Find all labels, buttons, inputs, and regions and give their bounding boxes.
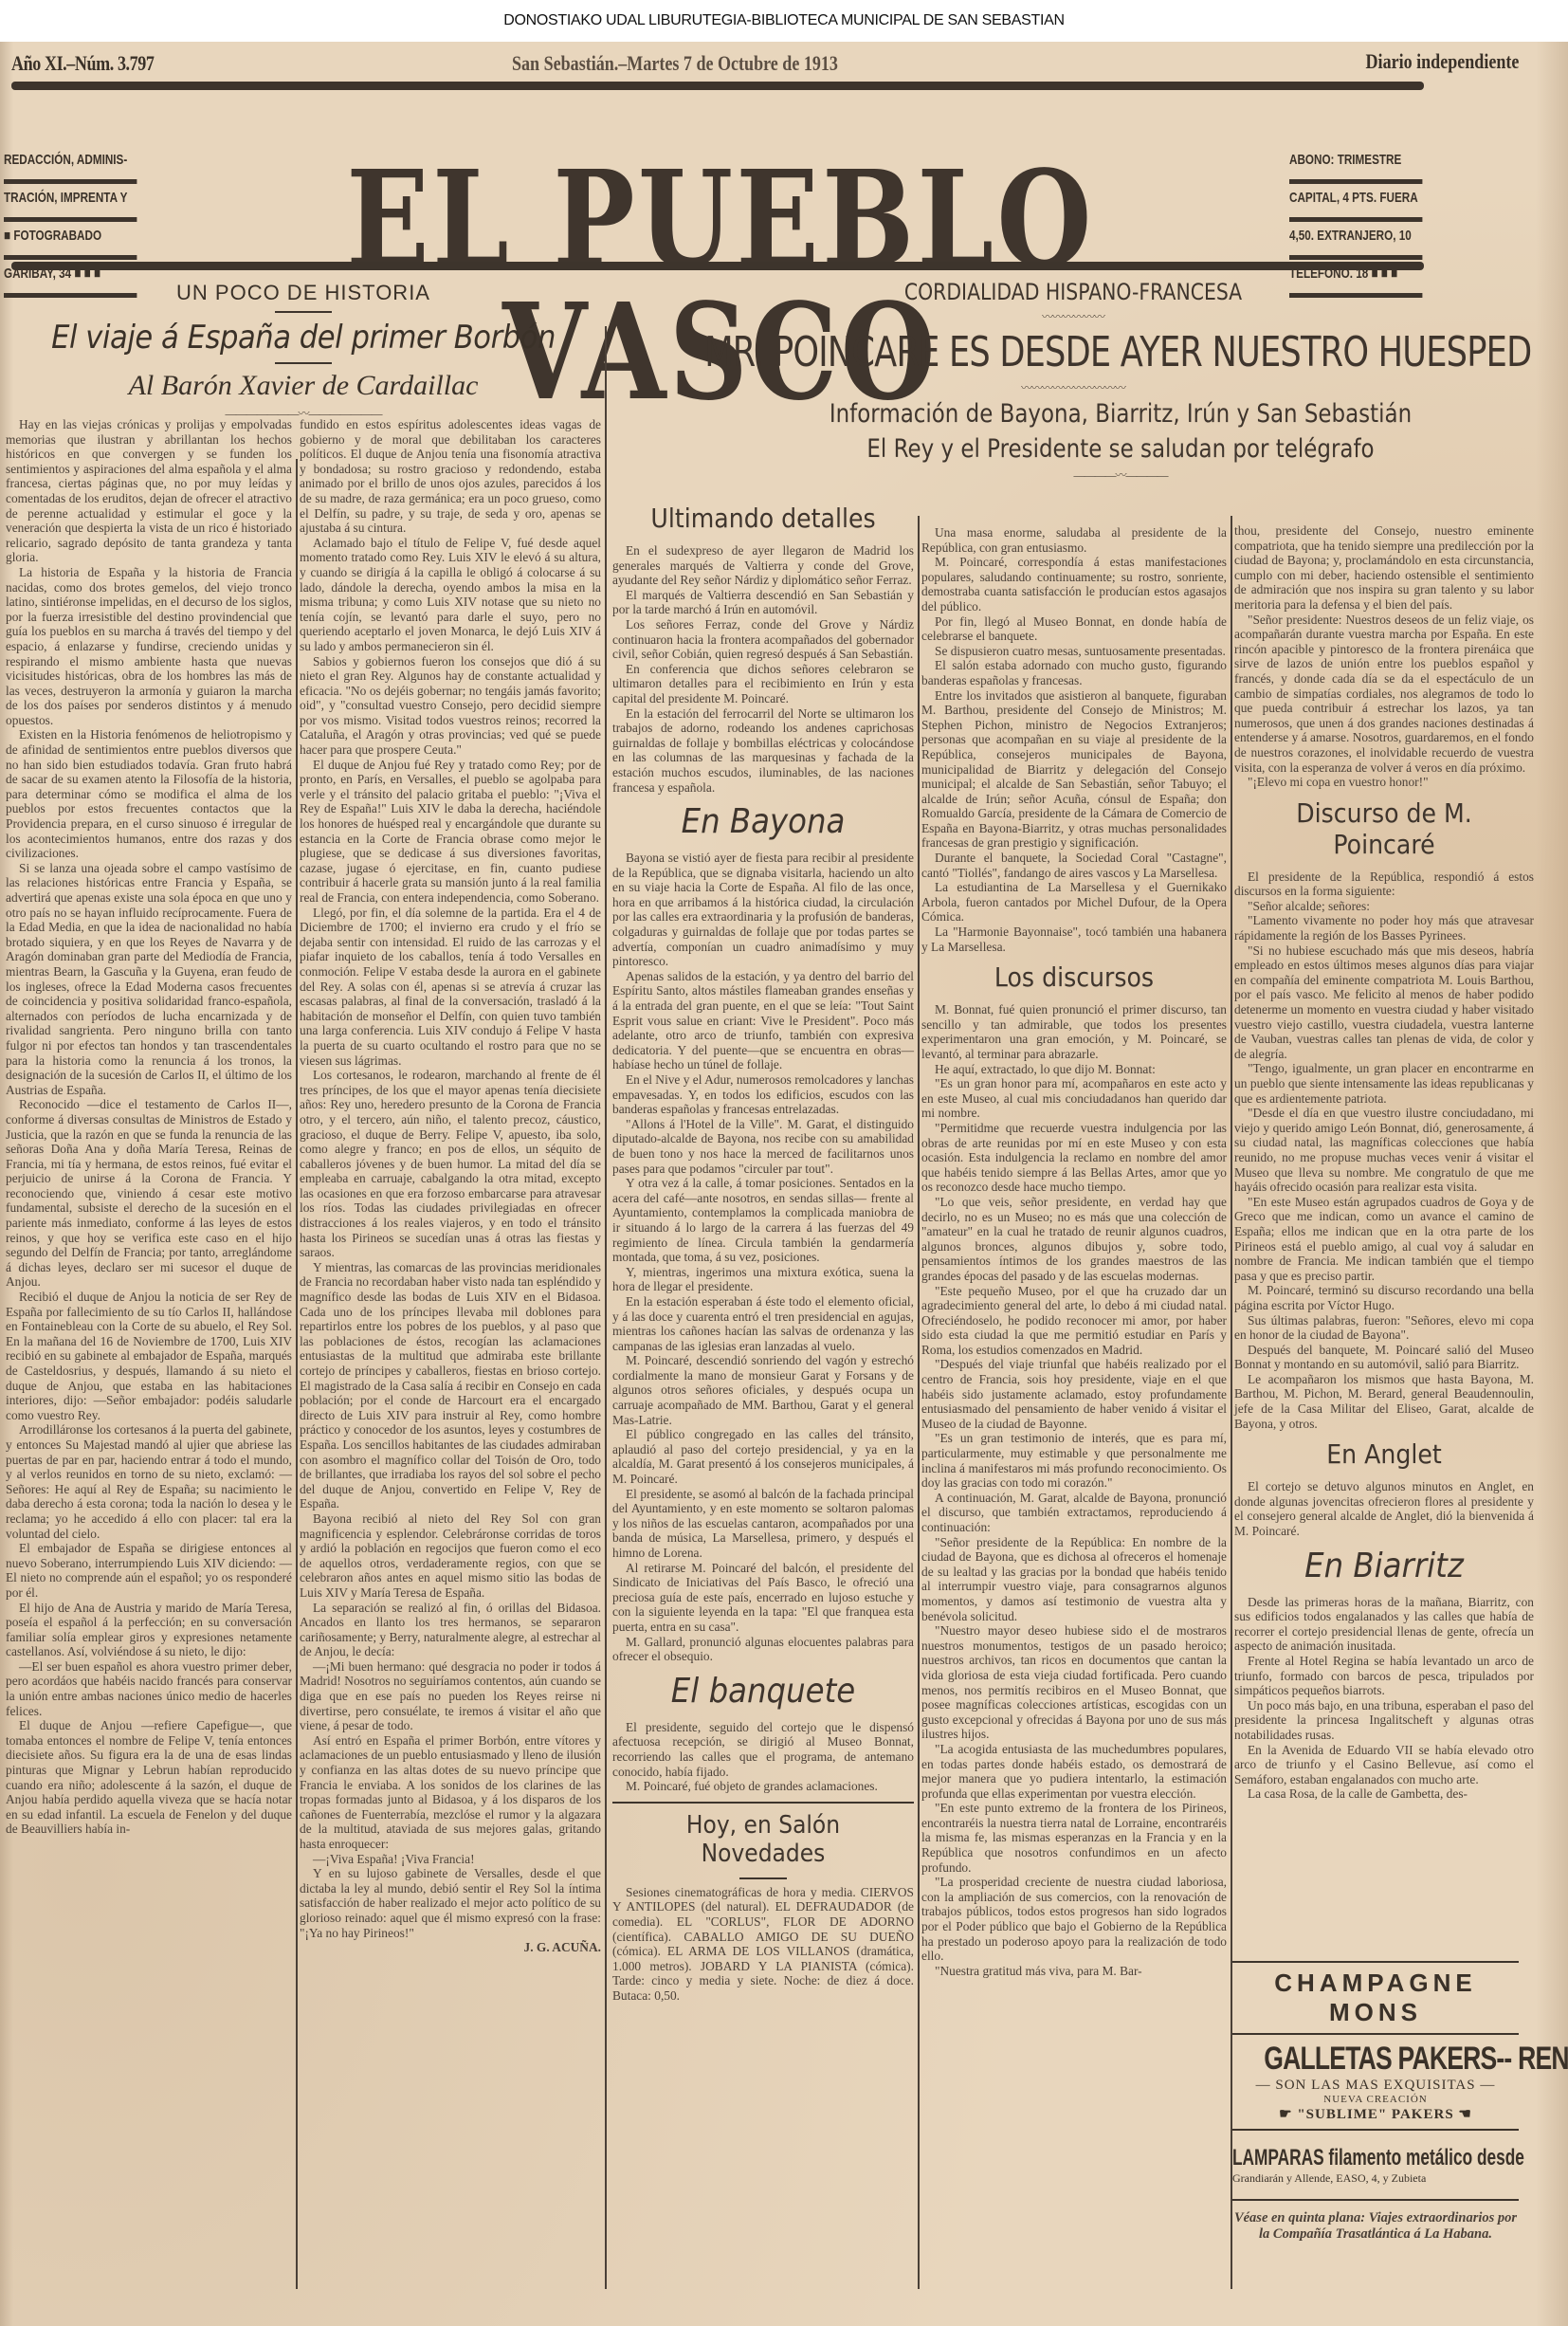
right-ear: ABONO: TRIMESTRE CAPITAL, 4 PTS. FUERA 4… — [1289, 146, 1431, 298]
issue-number: Año XI.–Núm. 3.797 — [11, 51, 154, 76]
paragraph: "Señor alcalde; señores: — [1234, 899, 1534, 914]
poincare-subhead-2: El Rey y el Presidente se saludan por te… — [769, 434, 1471, 464]
paragraph: El duque de Anjou —refiere Capefigue—, q… — [6, 1718, 292, 1837]
ear-line: ABONO: TRIMESTRE — [1289, 146, 1422, 184]
paragraph: Los cortesanos, le rodearon, marchando a… — [300, 1068, 601, 1260]
paragraph: En la estación esperaban á éste todo el … — [612, 1294, 914, 1353]
section-title-discurso-poincare: Discurso de M. Poincaré — [1249, 797, 1519, 860]
column-rule — [296, 459, 298, 2289]
paragraph: M. Bonnat, fué quien pronunció el primer… — [921, 1002, 1227, 1061]
paragraph: Por fin, llegó al Museo Bonnat, en donde… — [921, 614, 1227, 644]
paragraph: El presidente, seguido del cortejo que l… — [612, 1720, 914, 1779]
paragraph: Frente al Hotel Regina se había levantad… — [1234, 1654, 1534, 1698]
paragraph: En la estación del ferrocarril del Norte… — [612, 706, 914, 796]
paragraph: Durante el banquete, la Sociedad Coral "… — [921, 851, 1227, 880]
paragraph: Una masa enorme, saludaba al presidente … — [921, 525, 1227, 555]
divider — [275, 362, 332, 364]
paragraph: M. Poincaré, terminó su discurso recorda… — [1234, 1283, 1534, 1312]
masthead: REDACCIÓN, ADMINIS- TRACIÓN, IMPRENTA Y … — [0, 137, 1568, 302]
paragraph: M. Poincaré, descendió sonriendo del vag… — [612, 1353, 914, 1427]
section-rule — [612, 1802, 914, 1804]
paragraph: A continuación, M. Garat, alcalde de Bay… — [921, 1491, 1227, 1535]
paragraph: "Después del viaje triunfal que habéis r… — [921, 1357, 1227, 1431]
paragraph: "Allons á l'Hotel de la Ville". M. Garat… — [612, 1117, 914, 1176]
poincare-article-header: CORDIALIDAD HISPANO-FRANCESA 〰〰〰〰〰〰 MR. … — [612, 279, 1534, 486]
paragraph: "Señor presidente: Nuestros deseos de un… — [1234, 613, 1534, 776]
paragraph: La estudiantina de La Marsellesa y el Gu… — [921, 880, 1227, 925]
paragraph: fundido en estos espíritus adolescentes … — [300, 417, 601, 536]
paragraph: Se dispusieron cuatro mesas, suntuosamen… — [921, 644, 1227, 659]
paragraph: "Es un gran testimonio de interés, que e… — [921, 1431, 1227, 1490]
masthead-rule-bottom — [11, 262, 1424, 270]
paragraph: Un poco más bajo, en una tribuna, espera… — [1234, 1698, 1534, 1743]
paragraph: Hay en las viejas crónicas y prolijas y … — [6, 417, 292, 565]
paragraph: El cortejo se detuvo algunos minutos en … — [1234, 1479, 1534, 1538]
ear-line: 4,50. EXTRANJERO, 10 — [1289, 222, 1422, 260]
paragraph: "Si no hubiese escuchado más que mis des… — [1234, 943, 1534, 1062]
advertisements: CHAMPAGNE MONS GALLETAS PAKERS-- RENTERI… — [1232, 1961, 1519, 2243]
ad-note-trasatlantica: Véase en quinta plana: Viajes extraordin… — [1232, 2210, 1519, 2243]
ad-nueva-creacion: NUEVA CREACIÓN — [1232, 2094, 1519, 2105]
history-article-header: UN POCO DE HISTORIA El viaje á España de… — [6, 281, 601, 425]
paragraph: "Nuestra gratitud más viva, para M. Bar- — [921, 1964, 1227, 1979]
section-title-anglet: En Anglet — [1249, 1438, 1519, 1470]
salon-novedades-title: Hoy, en Salón Novedades — [628, 1811, 899, 1868]
paragraph: M. Gallard, pronunció algunas elocuentes… — [612, 1635, 914, 1664]
paragraph: En la Avenida de Eduardo VII se había el… — [1234, 1743, 1534, 1787]
ear-line: CAPITAL, 4 PTS. FUERA — [1289, 184, 1422, 222]
paragraph: "Permitidme que recuerde vuestra indulge… — [921, 1121, 1227, 1195]
paragraph: "Este pequeño Museo, por el que ha cruza… — [921, 1284, 1227, 1358]
paragraph: M. Poincaré, fué objeto de grandes aclam… — [612, 1779, 914, 1794]
section-title-discursos: Los discursos — [937, 962, 1212, 993]
ad-champagne-text: CHAMPAGNE MONS — [1232, 1969, 1519, 2027]
paragraph: "Nuestro mayor deseo hubiese sido el de … — [921, 1623, 1227, 1742]
paragraph: La separación se realizó al fin, ó orill… — [300, 1601, 601, 1659]
section-title-ultimando: Ultimando detalles — [628, 503, 899, 534]
paragraph: Y, mientras, ingerimos una mixtura exóti… — [612, 1265, 914, 1294]
paragraph: thou, presidente del Consejo, nuestro em… — [1234, 523, 1534, 613]
paragraph: "Desde el día en que vuestro ilustre con… — [1234, 1106, 1534, 1195]
paragraph: —¡Viva España! ¡Viva Francia! — [300, 1852, 601, 1867]
history-kicker: UN POCO DE HISTORIA — [6, 281, 601, 305]
ear-line: TRACIÓN, IMPRENTA Y — [4, 184, 137, 222]
paragraph: En el sudexpreso de ayer llegaron de Mad… — [612, 543, 914, 588]
ad-lamparas-headline: LAMPARAS filamento metálico desde — [1232, 2145, 1524, 2171]
paragraph: Sus últimas palabras, fueron: "Señores, … — [1234, 1313, 1534, 1343]
divider — [739, 1877, 787, 1879]
section-title-bayona: En Bayona — [628, 802, 899, 841]
paragraph: "En este Museo están agrupados cuadros d… — [1234, 1195, 1534, 1284]
paragraph: En el Nive y el Adur, numerosos remolcad… — [612, 1072, 914, 1117]
paragraph: Y otra vez á la calle, á tomar posicione… — [612, 1176, 914, 1265]
paragraph: Y en su lujoso gabinete de Versalles, de… — [300, 1866, 601, 1940]
paragraph: Aclamado bajo el título de Felipe V, fué… — [300, 536, 601, 654]
paragraph: Le acompañaron los mismos que hasta Bayo… — [1234, 1372, 1534, 1431]
column-rule — [918, 516, 920, 2289]
poincare-headline: MR. POINCARE ES DESDE AYER NUESTRO HUESP… — [704, 328, 1442, 376]
paragraph: Y mientras, las comarcas de las provinci… — [300, 1260, 601, 1511]
paragraph: Desde las primeras horas de la mañana, B… — [1234, 1595, 1534, 1654]
paragraph: El hijo de Ana de Austria y marido de Ma… — [6, 1601, 292, 1659]
ornament-divider: 〰〰〰〰〰〰〰〰〰〰 — [612, 382, 1534, 394]
ad-galletas-sub: — SON LAS MAS EXQUISITAS — — [1232, 2078, 1519, 2094]
left-ear: REDACCIÓN, ADMINIS- TRACIÓN, IMPRENTA Y … — [4, 146, 137, 298]
poincare-column-5: thou, presidente del Consejo, nuestro em… — [1234, 523, 1534, 1802]
newspaper-page: Año XI.–Núm. 3.797 San Sebastián.–Martes… — [0, 42, 1568, 2326]
paragraph: La casa Rosa, de la calle de Gambetta, d… — [1234, 1786, 1534, 1802]
paragraph: Reconocido —dice el testamento de Carlos… — [6, 1097, 292, 1290]
section-title-banquete: El banquete — [628, 1672, 899, 1711]
paragraph: Sabios y gobiernos fueron los consejos q… — [300, 654, 601, 758]
poincare-column-4: Una masa enorme, saludaba al presidente … — [921, 525, 1227, 1978]
paragraph: Existen en la Historia fenómenos de heli… — [6, 727, 292, 860]
paragraph: "Señor presidente de la República: En no… — [921, 1535, 1227, 1624]
dateline: San Sebastián.–Martes 7 de Octubre de 19… — [512, 51, 838, 76]
paragraph: Bayona se vistió ayer de fiesta para rec… — [612, 851, 914, 969]
tagline: Diario independiente — [1365, 49, 1519, 74]
ear-line: REDACCIÓN, ADMINIS- — [4, 146, 137, 184]
section-title-biarritz: En Biarritz — [1249, 1547, 1519, 1585]
history-headline: El viaje á España del primer Borbón — [35, 319, 571, 357]
paragraph: En conferencia que dichos señores celebr… — [612, 662, 914, 706]
paragraph: La historia de España y la historia de F… — [6, 565, 292, 728]
ad-champagne: CHAMPAGNE MONS — [1232, 1961, 1519, 2033]
ad-lamparas: LAMPARAS filamento metálico desde Grandi… — [1232, 2129, 1519, 2201]
dateline-bar: Año XI.–Núm. 3.797 San Sebastián.–Martes… — [0, 47, 1568, 85]
ad-lamparas-row: LAMPARAS filamento metálico desde Grandi… — [1232, 2136, 1519, 2193]
divider — [275, 311, 332, 313]
author-signature: J. G. ACUÑA. — [300, 1940, 601, 1955]
history-dedication: Al Barón Xavier de Cardaillac — [6, 370, 601, 402]
paragraph: "En este punto extremo de la frontera de… — [921, 1801, 1227, 1875]
ad-lamparas-address: Grandiarán y Allende, EASO, 4, y Zubieta — [1232, 2171, 1568, 2186]
paragraph: Así entró en España el primer Borbón, en… — [300, 1733, 601, 1852]
ad-sublime: ☛ "SUBLIME" PAKERS ☚ — [1232, 2105, 1519, 2123]
paragraph: El duque de Anjou fué Rey y tratado como… — [300, 758, 601, 906]
paragraph: "La acogida entusiasta de las muchedumbr… — [921, 1742, 1227, 1801]
paragraph: El público congregado en las calles del … — [612, 1427, 914, 1486]
paragraph: "Lo que veis, señor presidente, en verda… — [921, 1195, 1227, 1284]
column-rule — [605, 326, 607, 2289]
paragraph: Los señores Ferraz, conde del Grove y Ná… — [612, 617, 914, 662]
paragraph: Apenas salidos de la estación, y ya dent… — [612, 969, 914, 1072]
paragraph: Arrodilláronse los cortesanos á la puert… — [6, 1422, 292, 1541]
paragraph: M. Poincaré, correspondía á estas manife… — [921, 555, 1227, 614]
paragraph: Llegó, por fin, el día solemne de la par… — [300, 906, 601, 1069]
paragraph: "Es un gran honor para mí, acompañaros e… — [921, 1076, 1227, 1121]
ad-galletas: GALLETAS PAKERS-- RENTERIA — SON LAS MAS… — [1232, 2033, 1519, 2129]
ornament-divider: 〰〰〰〰〰〰 — [612, 311, 1534, 322]
paragraph: La "Harmonie Bayonnaise", tocó también u… — [921, 925, 1227, 954]
salon-novedades-program: Sesiones cinematográficas de hora y medi… — [612, 1885, 914, 2004]
paragraph: El salón estaba adornado con mucho gusto… — [921, 658, 1227, 687]
paragraph: —¡Mi buen hermano: qué desgracia no pode… — [300, 1659, 601, 1733]
paragraph: "Tengo, igualmente, un gran placer en en… — [1234, 1061, 1534, 1106]
paragraph: "¡Elevo mi copa en vuestro honor!" — [1234, 775, 1534, 790]
paragraph: Si se lanza una ojeada sobre el campo va… — [6, 861, 292, 1098]
paragraph: El embajador de España se dirigiese ento… — [6, 1541, 292, 1600]
paragraph: Entre los invitados que asistieron al ba… — [921, 688, 1227, 852]
library-banner: DONOSTIAKO UDAL LIBURUTEGIA-BIBLIOTECA M… — [0, 0, 1568, 42]
history-column-1: Hay en las viejas crónicas y prolijas y … — [6, 417, 292, 1837]
history-column-2: fundido en estos espíritus adolescentes … — [300, 417, 601, 1955]
paragraph: "La prosperidad creciente de nuestra ciu… — [921, 1875, 1227, 1964]
poincare-column-3: Ultimando detalles En el sudexpreso de a… — [612, 495, 914, 2003]
ornament-divider: ————〰———— — [707, 469, 1534, 481]
paragraph: Bayona recibió al nieto del Rey Sol con … — [300, 1511, 601, 1601]
paragraph: El marqués de Valtierra descendió en San… — [612, 588, 914, 617]
paragraph: Recibió el duque de Anjou la noticia de … — [6, 1290, 292, 1422]
paragraph: Al retirarse M. Poincaré del balcón, el … — [612, 1561, 914, 1635]
paragraph: —El ser buen español es ahora vuestro pr… — [6, 1659, 292, 1718]
paragraph: Después del banquete, M. Poincaré salió … — [1234, 1343, 1534, 1372]
paragraph: El presidente, se asomó al balcón de la … — [612, 1487, 914, 1561]
masthead-rule-top — [11, 82, 1424, 90]
paragraph: "Lamento vivamente no poder hoy más que … — [1234, 913, 1534, 943]
paragraph: El presidente de la República, respondió… — [1234, 870, 1534, 899]
ear-line: ■ FOTOGRABADO — [4, 222, 137, 260]
poincare-kicker: CORDIALIDAD HISPANO-FRANCESA — [682, 279, 1465, 305]
paragraph: He aquí, extractado, lo que dijo M. Bonn… — [921, 1062, 1227, 1077]
poincare-subhead-1: Información de Bayona, Biarritz, Irún y … — [769, 399, 1471, 429]
ad-galletas-headline: GALLETAS PAKERS-- RENTERIA — [1264, 2041, 1487, 2078]
